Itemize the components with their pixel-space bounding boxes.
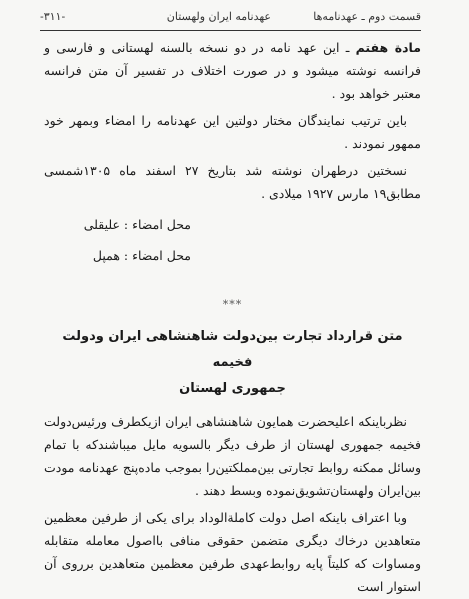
signature-2: محل امضاء : همپل — [44, 244, 421, 267]
heading-line-2: جمهوری لهستان — [44, 376, 421, 402]
page-header: قسمت دوم ـ عهدنامه‌ها عهدنامه ایران ولهس… — [40, 10, 421, 28]
signature-1: محل امضاء : علیقلی — [44, 213, 421, 236]
article-label: مادة هفتم — [356, 40, 421, 55]
section-title: قسمت دوم ـ عهدنامه‌ها — [313, 10, 421, 23]
running-title: عهدنامه ایران ولهستان — [167, 10, 271, 23]
treaty-paragraph-1: نظربا‌ینکه اعلیحضرت همایون شاهنشاهی ایرا… — [44, 410, 421, 502]
page-number: -۳۱۱- — [40, 10, 65, 23]
date-paragraph: نسختین درطهران نوشته شد بتاریخ ۲۷ اسفند … — [44, 159, 421, 205]
section-separator: *** — [44, 293, 421, 316]
treaty-heading: متن قرارداد تجارت بین‌دولت شاهنشاهی ایرا… — [44, 324, 421, 402]
signing-paragraph: باین ترتیب نمایندگان مختار دولتین این عه… — [44, 109, 421, 155]
page-body: مادة هفتم ـ این عهد نامه در دو نسخه بالس… — [44, 36, 421, 599]
document-page: قسمت دوم ـ عهدنامه‌ها عهدنامه ایران ولهس… — [0, 0, 469, 599]
header-rule — [40, 30, 421, 31]
heading-line-1: متن قرارداد تجارت بین‌دولت شاهنشاهی ایرا… — [44, 324, 421, 376]
treaty-paragraph-2: وبا اعتراف باینکه اصل دولت کاملةالوداد ب… — [44, 506, 421, 598]
article-7: مادة هفتم ـ این عهد نامه در دو نسخه بالس… — [44, 36, 421, 105]
